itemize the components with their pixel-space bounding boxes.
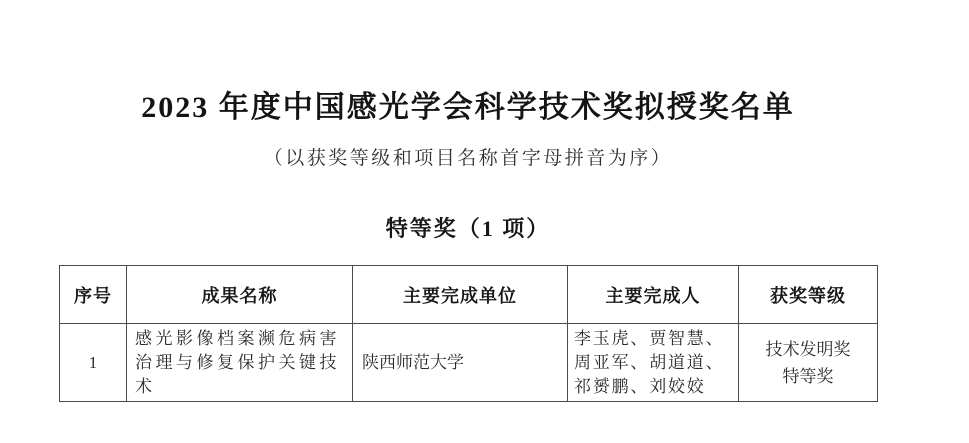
cell-organization: 陕西师范大学 (353, 324, 568, 402)
column-header-contributors: 主要完成人 (568, 266, 739, 324)
column-header-award-grade: 获奖等级 (739, 266, 878, 324)
document-page: 2023 年度中国感光学会科学技术奖拟授奖名单 （以获奖等级和项目名称首字母拼音… (0, 0, 969, 443)
column-header-achievement: 成果名称 (127, 266, 353, 324)
table-row: 1 感光影像档案濒危病害治理与修复保护关键技术 陕西师范大学 李玉虎、贾智慧、周… (60, 324, 878, 402)
cell-index: 1 (60, 324, 127, 402)
award-table: 序号 成果名称 主要完成单位 主要完成人 获奖等级 1 感光影像档案濒危病害治理… (59, 265, 878, 402)
section-heading: 特等奖（1 项） (59, 214, 877, 244)
column-header-index: 序号 (60, 266, 127, 324)
page-subtitle: （以获奖等级和项目名称首字母拼音为序） (59, 146, 877, 172)
cell-award-grade: 技术发明奖 特等奖 (739, 324, 878, 402)
cell-contributors: 李玉虎、贾智慧、周亚军、胡道道、祁赟鹏、刘姣姣 (568, 324, 739, 402)
table-header-row: 序号 成果名称 主要完成单位 主要完成人 获奖等级 (60, 266, 878, 324)
column-header-organization: 主要完成单位 (353, 266, 568, 324)
cell-achievement: 感光影像档案濒危病害治理与修复保护关键技术 (127, 324, 353, 402)
page-title: 2023 年度中国感光学会科学技术奖拟授奖名单 (59, 0, 877, 127)
